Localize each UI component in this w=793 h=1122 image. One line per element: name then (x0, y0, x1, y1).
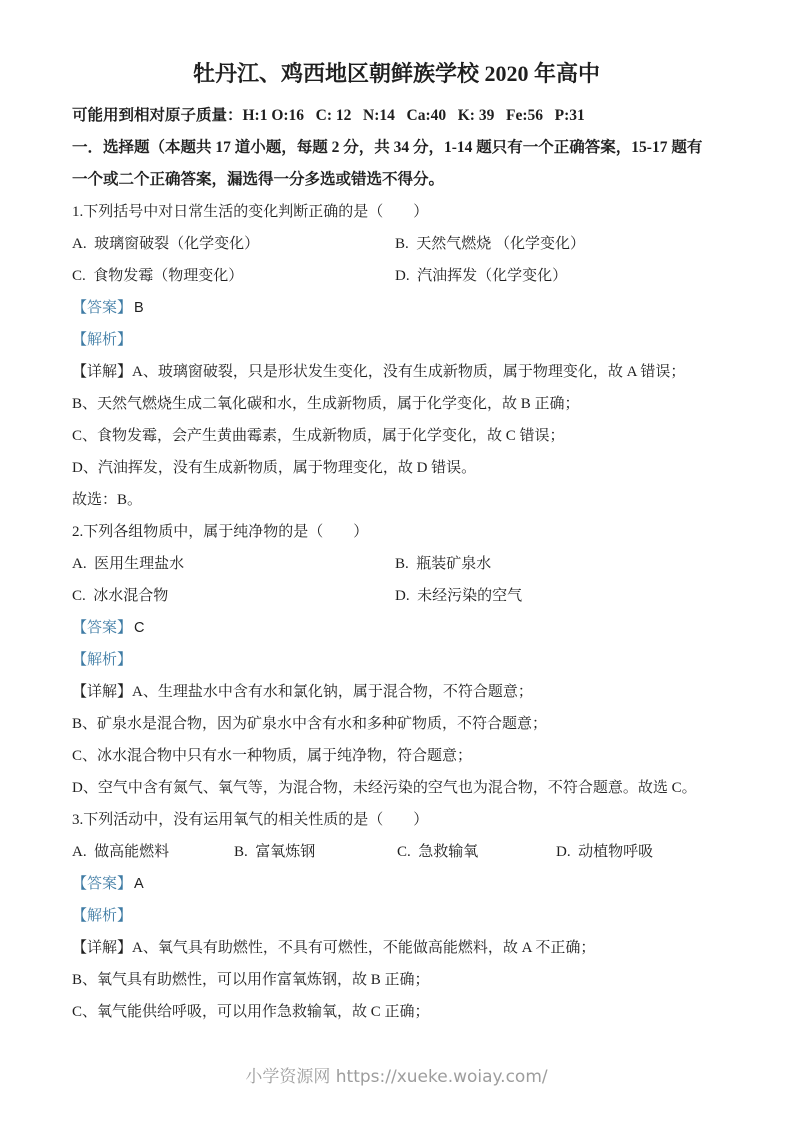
question-1-stem: 1.下列括号中对日常生活的变化判断正确的是（ ） (72, 196, 721, 228)
answer-label: 【答案】 (72, 876, 132, 892)
answer-value: B (134, 300, 144, 316)
question-1-detail-line: 【详解】A、玻璃窗破裂，只是形状发生变化，没有生成新物质，属于物理变化，故 A … (72, 356, 721, 388)
section-heading-line-2: 一个或二个正确答案，漏选得一分多选或错选不得分。 (72, 164, 721, 196)
question-1-option-d: D. 汽油挥发（化学变化） (395, 260, 721, 292)
exam-document-page: 牡丹江、鸡西地区朝鲜族学校 2020 年高中 可能用到相对原子质量：H:1 O:… (0, 0, 793, 1122)
question-1-option-b: B. 天然气燃烧 （化学变化） (395, 228, 721, 260)
question-2-detail-line: 【详解】A、生理盐水中含有水和氯化钠，属于混合物，不符合题意； (72, 676, 721, 708)
question-1-option-a: A. 玻璃窗破裂（化学变化） (72, 228, 395, 260)
question-2-option-a: A. 医用生理盐水 (72, 548, 395, 580)
question-3-detail-line: 【详解】A、氧气具有助燃性，不具有可燃性，不能做高能燃料，故 A 不正确； (72, 932, 721, 964)
question-3-answer-line: 【答案】A (72, 868, 721, 900)
question-1-detail-line: 故选：B。 (72, 484, 721, 516)
question-3-option-d: D. 动植物呼吸 (556, 836, 721, 868)
question-1-options: A. 玻璃窗破裂（化学变化） B. 天然气燃烧 （化学变化） C. 食物发霉（物… (72, 228, 721, 292)
question-3-option-b: B. 富氧炼钢 (234, 836, 397, 868)
question-3-stem: 3.下列活动中，没有运用氧气的相关性质的是（ ） (72, 804, 721, 836)
question-2-stem: 2.下列各组物质中，属于纯净物的是（ ） (72, 516, 721, 548)
question-2-option-c: C. 冰水混合物 (72, 580, 395, 612)
atomic-mass-line: 可能用到相对原子质量：H:1 O:16 C: 12 N:14 Ca:40 K: … (72, 100, 721, 132)
document-content: 牡丹江、鸡西地区朝鲜族学校 2020 年高中 可能用到相对原子质量：H:1 O:… (0, 0, 793, 1028)
question-1-detail-line: B、天然气燃烧生成二氧化碳和水，生成新物质，属于化学变化，故 B 正确； (72, 388, 721, 420)
question-3-options: A. 做高能燃料 B. 富氧炼钢 C. 急救输氧 D. 动植物呼吸 (72, 836, 721, 868)
question-3-option-c: C. 急救输氧 (397, 836, 556, 868)
answer-label: 【答案】 (72, 620, 132, 636)
page-title: 牡丹江、鸡西地区朝鲜族学校 2020 年高中 (72, 56, 721, 92)
question-2-detail-line: D、空气中含有氮气、氧气等，为混合物，未经污染的空气也为混合物，不符合题意。故选… (72, 772, 721, 804)
question-2-option-d: D. 未经污染的空气 (395, 580, 721, 612)
answer-value: C (134, 620, 144, 636)
question-1-detail-line: C、食物发霉，会产生黄曲霉素，生成新物质，属于化学变化，故 C 错误； (72, 420, 721, 452)
answer-label: 【答案】 (72, 300, 132, 316)
question-3-detail-line: C、氧气能供给呼吸，可以用作急救输氧，故 C 正确； (72, 996, 721, 1028)
question-2-detail-line: B、矿泉水是混合物，因为矿泉水中含有水和多种矿物质，不符合题意； (72, 708, 721, 740)
page-footer-watermark: 小学资源网 https://xueke.woiay.com/ (0, 1062, 793, 1087)
question-1-option-c: C. 食物发霉（物理变化） (72, 260, 395, 292)
analysis-label: 【解析】 (72, 908, 132, 924)
question-3-analysis-line: 【解析】 (72, 900, 721, 932)
analysis-label: 【解析】 (72, 652, 132, 668)
question-2-option-b: B. 瓶装矿泉水 (395, 548, 721, 580)
question-2-options: A. 医用生理盐水 B. 瓶装矿泉水 C. 冰水混合物 D. 未经污染的空气 (72, 548, 721, 612)
analysis-label: 【解析】 (72, 332, 132, 348)
question-1-analysis-line: 【解析】 (72, 324, 721, 356)
question-2-answer-line: 【答案】C (72, 612, 721, 644)
question-3-option-a: A. 做高能燃料 (72, 836, 234, 868)
question-2-analysis-line: 【解析】 (72, 644, 721, 676)
question-2-detail-line: C、冰水混合物中只有水一种物质，属于纯净物，符合题意； (72, 740, 721, 772)
section-heading-line-1: 一．选择题（本题共 17 道小题，每题 2 分，共 34 分，1-14 题只有一… (72, 132, 721, 164)
question-1-detail-line: D、汽油挥发，没有生成新物质，属于物理变化，故 D 错误。 (72, 452, 721, 484)
question-3-detail-line: B、氧气具有助燃性，可以用作富氧炼钢，故 B 正确； (72, 964, 721, 996)
question-1-answer-line: 【答案】B (72, 292, 721, 324)
answer-value: A (134, 876, 144, 892)
